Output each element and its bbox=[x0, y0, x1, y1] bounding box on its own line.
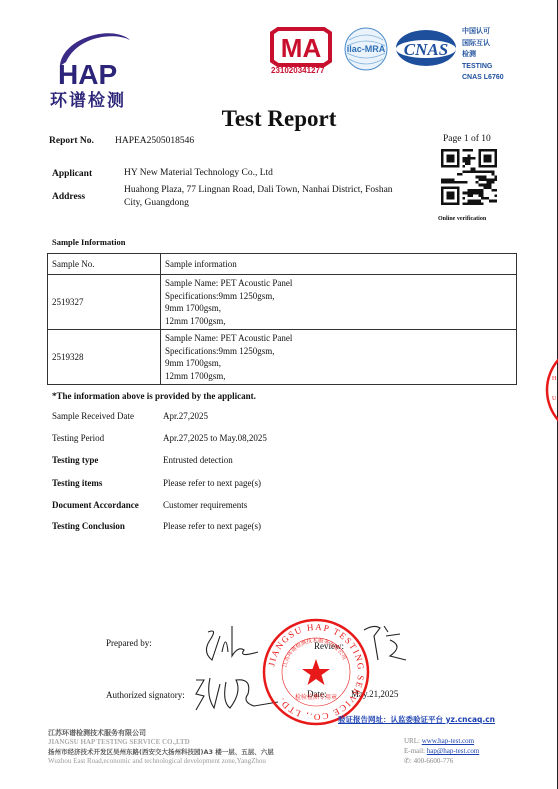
table-row: 2519327 Sample Name: PET Acoustic Panel … bbox=[48, 275, 517, 330]
detail-value: Entrusted detection bbox=[163, 455, 233, 465]
footer-phone-row: ✆: 400-6600-776 bbox=[404, 757, 453, 765]
report-page: HAP 环谱检测 MA 231020341277 ilac-MRA CNAS 中… bbox=[0, 0, 558, 789]
detail-value: Apr.27,2025 bbox=[163, 411, 208, 421]
edge-seal-icon: H U bbox=[543, 340, 558, 440]
company-seal-icon: JIANGSU HAP TESTING SERVICE CO., LTD. 江苏… bbox=[261, 617, 371, 727]
online-verification-label: Online verification bbox=[438, 216, 486, 222]
svg-text:ilac-MRA: ilac-MRA bbox=[347, 44, 386, 54]
table-row: 2519328 Sample Name: PET Acoustic Panel … bbox=[48, 330, 517, 385]
sample-no-cell: 2519328 bbox=[48, 330, 161, 385]
column-header: Sample No. bbox=[48, 254, 161, 275]
detail-row: Sample Received DateApr.27,2025 bbox=[52, 411, 208, 421]
sample-line: 12mm 1700gsm, bbox=[165, 315, 512, 328]
cma-logo-icon: MA bbox=[266, 27, 336, 67]
footer-url-row: URL: www.hap-test.com bbox=[404, 737, 474, 745]
sample-line: 9mm 1700gsm, bbox=[165, 302, 512, 315]
svg-text:U: U bbox=[552, 396, 557, 402]
address-label: Address bbox=[52, 192, 85, 202]
cnas-line: 中国认可 bbox=[462, 26, 504, 38]
column-header: Sample information bbox=[161, 254, 517, 275]
sample-line: Sample Name: PET Acoustic Panel bbox=[165, 332, 512, 345]
sample-info-heading: Sample Information bbox=[52, 237, 125, 247]
verification-link[interactable]: 验证报告网址：认监委验证平台 yz.cncaq.cn bbox=[338, 714, 495, 725]
detail-row: Document AccordanceCustomer requirements bbox=[52, 500, 247, 510]
svg-text:检验检测专用章: 检验检测专用章 bbox=[295, 693, 337, 701]
detail-label: Document Accordance bbox=[52, 500, 163, 510]
page-title: Test Report bbox=[0, 106, 558, 132]
sample-line: 9mm 1700gsm, bbox=[165, 357, 512, 370]
applicant-value: HY New Material Technology Co., Ltd bbox=[124, 168, 273, 178]
detail-label: Sample Received Date bbox=[52, 411, 163, 421]
detail-value: Please refer to next page(s) bbox=[163, 478, 261, 488]
sample-line: 12mm 1700gsm, bbox=[165, 370, 512, 383]
applicant-note: *The information above is provided by th… bbox=[52, 391, 256, 401]
footer-email-row: E-mail: hap@hap-test.com bbox=[404, 747, 479, 755]
cnas-line: 国际互认 bbox=[462, 38, 504, 50]
sample-table: Sample No. Sample information 2519327 Sa… bbox=[47, 253, 517, 385]
footer-company-en: JIANGSU HAP TESTING SERVICE CO.,LTD bbox=[48, 738, 190, 746]
report-no-value: HAPEA2505018546 bbox=[115, 136, 194, 146]
address-value: Huahong Plaza, 77 Lingnan Road, Dali Tow… bbox=[124, 184, 393, 210]
detail-label: Testing Conclusion bbox=[52, 521, 163, 531]
authorized-signatory-label: Authorized signatory: bbox=[106, 690, 185, 700]
detail-value: Please refer to next page(s) bbox=[163, 521, 261, 531]
svg-text:MA: MA bbox=[281, 33, 322, 63]
footer-address-en: Wuzhou East Road,economic and technologi… bbox=[48, 757, 266, 765]
qr-code-icon[interactable] bbox=[441, 149, 497, 205]
cnas-accreditation-text: 中国认可 国际互认 检测 TESTING CNAS L6760 bbox=[462, 26, 504, 84]
phone-number: : 400-6600-776 bbox=[410, 757, 453, 765]
detail-row: Testing PeriodApr.27,2025 to May.08,2025 bbox=[52, 433, 267, 443]
footer-address-cn: 扬州市经济技术开发区吴州东路(西安交大扬州科技园)A3 楼一层、五层、六层 bbox=[48, 747, 274, 756]
sample-line: Specifications:9mm 1250gsm, bbox=[165, 345, 512, 358]
website-link[interactable]: www.hap-test.com bbox=[422, 737, 474, 745]
url-label: URL: bbox=[404, 737, 420, 745]
detail-value: Apr.27,2025 to May.08,2025 bbox=[163, 433, 267, 443]
sample-no-cell: 2519327 bbox=[48, 275, 161, 330]
applicant-label: Applicant bbox=[52, 169, 92, 179]
detail-row: Testing ConclusionPlease refer to next p… bbox=[52, 521, 261, 531]
address-line: Huahong Plaza, 77 Lingnan Road, Dali Tow… bbox=[124, 184, 393, 197]
detail-label: Testing items bbox=[52, 478, 163, 488]
detail-label: Testing type bbox=[52, 455, 163, 465]
prepared-by-label: Prepared by: bbox=[106, 638, 152, 648]
detail-value: Customer requirements bbox=[163, 500, 247, 510]
footer-company-cn: 江苏环谱检测技术服务有限公司 bbox=[48, 728, 146, 738]
svg-text:CNAS: CNAS bbox=[404, 40, 448, 59]
sample-line: Specifications:9mm 1250gsm, bbox=[165, 290, 512, 303]
detail-row: Testing typeEntrusted detection bbox=[52, 455, 233, 465]
sample-line: Sample Name: PET Acoustic Panel bbox=[165, 277, 512, 290]
cnas-logo-icon: CNAS bbox=[395, 29, 457, 67]
email-label: E-mail: bbox=[404, 747, 425, 755]
email-link[interactable]: hap@hap-test.com bbox=[427, 747, 480, 755]
prepared-signature-icon bbox=[198, 622, 268, 666]
detail-row: Testing itemsPlease refer to next page(s… bbox=[52, 478, 261, 488]
cnas-line: CNAS L6760 bbox=[462, 72, 504, 84]
cnas-line: 检测 bbox=[462, 49, 504, 61]
cnas-line: TESTING bbox=[462, 61, 504, 73]
detail-label: Testing Period bbox=[52, 433, 163, 443]
svg-text:H: H bbox=[552, 376, 557, 382]
address-line: City, Guangdong bbox=[124, 197, 393, 210]
sample-info-cell: Sample Name: PET Acoustic Panel Specific… bbox=[161, 275, 517, 330]
ilac-mra-logo-icon: ilac-MRA bbox=[343, 26, 389, 72]
report-no-label: Report No. bbox=[49, 136, 94, 146]
table-header-row: Sample No. Sample information bbox=[48, 254, 517, 275]
page-indicator: Page 1 of 10 bbox=[443, 134, 491, 144]
cma-number: 231020341277 bbox=[271, 66, 324, 75]
sample-info-cell: Sample Name: PET Acoustic Panel Specific… bbox=[161, 330, 517, 385]
